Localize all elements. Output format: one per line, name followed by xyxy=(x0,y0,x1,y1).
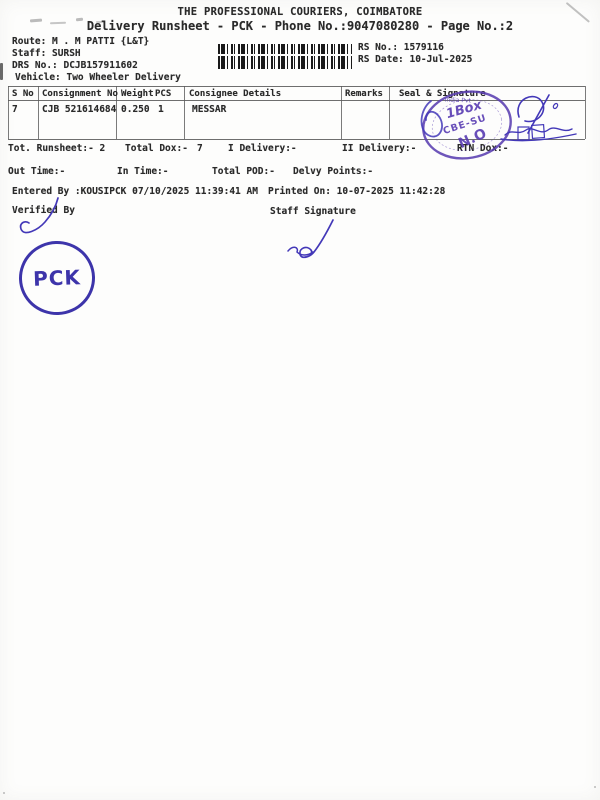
cell-consignment: CJB 521614684 xyxy=(42,104,116,115)
barcode-icon xyxy=(218,56,352,69)
second-delivery: II Delivery:- xyxy=(342,143,416,154)
scan-speck xyxy=(3,792,5,794)
delvy-points: Delvy Points:- xyxy=(293,166,373,177)
total-dox-label: Total Dox:- xyxy=(125,143,188,154)
first-delivery: I Delivery:- xyxy=(228,143,297,154)
doc-subtitle: Delivery Runsheet - PCK - Phone No.:9047… xyxy=(0,19,600,33)
scanned-delivery-runsheet: THE PROFESSIONAL COURIERS, COIMBATORE De… xyxy=(0,0,600,800)
column-header-consignment: Consignment No xyxy=(42,89,118,99)
column-header-consignee: Consignee Details xyxy=(189,89,281,99)
cell-consignee: MESSAR xyxy=(192,104,226,115)
scan-mark xyxy=(0,63,3,80)
verified-signature-icon xyxy=(8,196,70,242)
staff-line: Staff: SURSH xyxy=(12,48,81,59)
column-header-weight: Weight xyxy=(121,89,154,99)
total-runsheet: Tot. Runsheet:- 2 xyxy=(8,143,105,154)
barcode-icon xyxy=(218,44,352,54)
cell-sno: 7 xyxy=(12,104,18,115)
delivery-signature-icon xyxy=(501,95,576,141)
drs-number-line: DRS No.: DCJB157911602 xyxy=(12,60,138,71)
pck-stamp-icon: PCK xyxy=(18,240,97,317)
cell-weight: 0.250 xyxy=(121,104,150,115)
total-pod: Total POD:- xyxy=(212,166,275,177)
printed-on: Printed On: 10-07-2025 11:42:28 xyxy=(268,186,445,197)
rs-number: RS No.: 1579116 xyxy=(358,42,444,53)
pck-stamp-text: PCK xyxy=(33,265,82,291)
cell-pcs: 1 xyxy=(158,104,164,115)
vehicle-line: Vehicle: Two Wheeler Delivery xyxy=(15,72,181,83)
staff-signature-icon xyxy=(280,214,342,264)
route-line: Route: M . M PATTI {L&T} xyxy=(12,36,149,47)
column-header-pcs: PCS xyxy=(155,89,171,99)
scan-speck xyxy=(594,786,596,788)
doc-title: THE PROFESSIONAL COURIERS, COIMBATORE xyxy=(0,6,600,18)
column-header-sno: S No xyxy=(12,89,34,99)
seal-stamp-icon: India Pvt 1Box CBE-SU N.O xyxy=(415,85,585,163)
total-dox-value: 7 xyxy=(197,143,203,154)
out-time: Out Time:- xyxy=(8,166,65,177)
in-time: In Time:- xyxy=(117,166,168,177)
rs-date: RS Date: 10-Jul-2025 xyxy=(358,54,472,65)
column-header-remarks: Remarks xyxy=(345,89,383,99)
